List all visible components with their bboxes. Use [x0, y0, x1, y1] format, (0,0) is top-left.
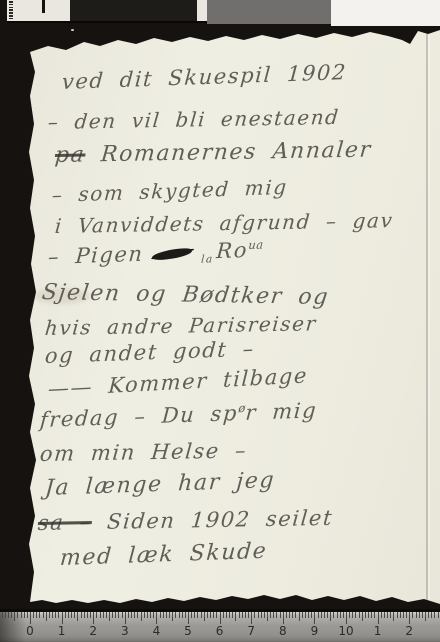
- ruler-tick: [33, 612, 34, 618]
- ruler-tick: [109, 612, 110, 621]
- handwritten-fragment: —— Kommer tilbage: [47, 363, 308, 401]
- handwritten-fragment: med læk Skude: [59, 539, 268, 571]
- ruler-number: 1: [58, 624, 66, 638]
- ruler-tick: [100, 612, 101, 618]
- struck-out-word: sa –: [37, 510, 93, 535]
- ruler-tick: [175, 612, 176, 618]
- ruler-tick: [17, 612, 18, 618]
- ruler-tick: [216, 612, 217, 618]
- ruler-tick: [387, 612, 388, 618]
- ruler-tick: [292, 612, 293, 618]
- ruler-tick: [166, 612, 167, 618]
- ruler-number: 0: [26, 624, 34, 638]
- ruler-tick: [365, 612, 366, 618]
- ruler-tick: [90, 612, 91, 618]
- ruler-tick: [58, 612, 59, 618]
- ruler-tick: [30, 612, 31, 624]
- ruler-tick: [24, 612, 25, 618]
- ruler-tick: [226, 612, 227, 618]
- ruler-tick: [431, 612, 432, 618]
- ruler-tick: [134, 612, 135, 618]
- ruler-tick: [11, 612, 12, 618]
- paper-fold-line: [426, 34, 428, 600]
- ruler-number: 9: [311, 624, 319, 638]
- mini-ruler-tick: [9, 4, 13, 6]
- ruler-tick: [204, 612, 205, 621]
- calibration-white-patch: [331, 0, 440, 26]
- mini-ruler-mark: [42, 0, 45, 13]
- ruler-tick: [153, 612, 154, 618]
- ruler-tick: [207, 612, 208, 618]
- calibration-gray-patch: [207, 0, 331, 24]
- handwritten-line: ved dit Skuespil 1902: [61, 60, 348, 94]
- handwritten-line: hvis andre Parisreiser: [44, 311, 318, 340]
- ruler-tick: [314, 612, 315, 624]
- ruler-tick: [182, 612, 183, 618]
- ruler-tick: [14, 612, 15, 621]
- ruler-tick: [374, 612, 375, 618]
- ruler-tick: [302, 612, 303, 618]
- ruler-tick: [393, 612, 394, 621]
- ruler-tick: [84, 612, 85, 618]
- ruler-tick: [81, 612, 82, 618]
- ruler-tick: [229, 612, 230, 618]
- ruler-tick: [337, 612, 338, 618]
- ruler-tick: [169, 612, 170, 618]
- ruler-tick: [324, 612, 325, 618]
- ruler-tick: [349, 612, 350, 618]
- ruler-tick: [141, 612, 142, 621]
- handwritten-fragment: – som skygted mig: [51, 175, 288, 207]
- ruler-tick: [384, 612, 385, 618]
- ruler-tick: [137, 612, 138, 618]
- handwritten-fragment: Siden 1902 seilet: [91, 506, 334, 534]
- ruler-tick: [210, 612, 211, 618]
- ruler-tick: [428, 612, 429, 618]
- ruler-tick: [434, 612, 435, 618]
- ruler-tick: [406, 612, 407, 618]
- ruler-number: 5: [184, 624, 192, 638]
- ruler-tick: [223, 612, 224, 618]
- handwritten-line: fredag – Du spør mig: [39, 398, 318, 432]
- ruler-tick: [125, 612, 126, 624]
- handwritten-line: om min Helse –: [39, 438, 248, 466]
- ruler-tick: [333, 612, 334, 618]
- ruler-tick: [62, 612, 63, 624]
- ruler-tick: [115, 612, 116, 618]
- ruler-tick: [160, 612, 161, 618]
- ruler-tick: [283, 612, 284, 624]
- ruler-tick: [299, 612, 300, 621]
- ruler-tick: [258, 612, 259, 618]
- ruler-tick: [371, 612, 372, 618]
- ruler-tick: [150, 612, 151, 618]
- ruler-tick: [346, 612, 347, 624]
- ruler-tick: [21, 612, 22, 618]
- ruler-tick: [368, 612, 369, 618]
- ruler-tick: [213, 612, 214, 618]
- handwritten-line: – den vil bli enestaend: [47, 105, 341, 134]
- handwritten-line: og andet godt –: [44, 337, 255, 368]
- ruler-tick: [422, 612, 423, 618]
- ruler-tick: [172, 612, 173, 621]
- mini-ruler-tick: [9, 9, 13, 11]
- ruler-tick: [112, 612, 113, 618]
- ruler-tick: [49, 612, 50, 618]
- handwritten-line: Sjelen og Bødtker og: [40, 280, 330, 310]
- handwritten-fragment: i Vanviddets afgrund – gav: [54, 208, 395, 238]
- mini-ruler-tick: [9, 18, 13, 20]
- ruler-tick: [276, 612, 277, 618]
- mini-ruler-tick: [9, 15, 13, 17]
- handwritten-line: – som skygted mig: [51, 175, 288, 207]
- ruler-tick: [295, 612, 296, 618]
- ruler-tick: [46, 612, 47, 621]
- handwritten-line: Ja længe har jeg: [44, 468, 276, 501]
- ruler-tick: [362, 612, 363, 621]
- ruler-tick: [96, 612, 97, 618]
- ruler-tick: [270, 612, 271, 618]
- ruler-tick: [248, 612, 249, 618]
- ruler-tick: [267, 612, 268, 621]
- ruler-tick: [330, 612, 331, 621]
- ruler-tick: [251, 612, 252, 624]
- ruler-tick: [239, 612, 240, 618]
- handwritten-line: pa Romanernes Annaler: [54, 137, 373, 168]
- ruler-tick: [191, 612, 192, 618]
- ruler-tick: [409, 612, 410, 624]
- ruler-tick: [71, 612, 72, 618]
- ruler-tick: [52, 612, 53, 618]
- mini-ruler-tick: [9, 7, 13, 9]
- ruler-tick: [286, 612, 287, 618]
- ruler-tick: [355, 612, 356, 618]
- scribbled-out-word: [151, 247, 191, 262]
- ruler-tick: [308, 612, 309, 618]
- ruler-tick: [93, 612, 94, 624]
- ruler-tick: [2, 612, 3, 618]
- ruler-number: 7: [247, 624, 255, 638]
- struck-out-word: pa: [54, 142, 87, 168]
- ruler-tick: [131, 612, 132, 618]
- ruler-tick: [419, 612, 420, 618]
- ruler-tick: [220, 612, 221, 624]
- ruler-tick: [289, 612, 290, 618]
- ruler-number: 6: [216, 624, 224, 638]
- handwritten-fragment: Ja længe har jeg: [44, 468, 276, 501]
- ruler-tick: [327, 612, 328, 618]
- ruler-tick: [273, 612, 274, 618]
- ruler-tick: [194, 612, 195, 618]
- ruler-tick: [5, 612, 6, 618]
- ruler-tick: [128, 612, 129, 618]
- ruler-tick: [400, 612, 401, 618]
- ruler-tick: [397, 612, 398, 618]
- ruler-tick: [188, 612, 189, 624]
- ruler-tick: [245, 612, 246, 618]
- handwritten-fragment: om min Helse –: [39, 438, 248, 466]
- handwritten-fragment: – Pigen: [47, 242, 144, 269]
- ruler-tick: [343, 612, 344, 618]
- ruler-number: 3: [121, 624, 129, 638]
- calibration-shadow: [7, 21, 207, 23]
- paper-fold-highlight: [428, 34, 430, 600]
- ruler-tick: [416, 612, 417, 618]
- small-inserted-word: la: [201, 253, 215, 265]
- handwritten-fragment: r mig: [245, 398, 318, 425]
- ruler-tick: [122, 612, 123, 618]
- handwritten-fragment: Ro: [216, 238, 249, 263]
- ruler-tick: [179, 612, 180, 618]
- ruler-tick: [264, 612, 265, 618]
- calibration-black-patch: [70, 0, 197, 22]
- ruler-tick: [425, 612, 426, 621]
- ruler-tick: [144, 612, 145, 618]
- handwritten-line: —— Kommer tilbage: [47, 363, 308, 401]
- ruler-tick: [232, 612, 233, 618]
- ruler-tick: [235, 612, 236, 621]
- handwritten-fragment: fredag – Du sp: [39, 401, 239, 432]
- ruler-tick: [43, 612, 44, 618]
- handwritten-line: – PigenlaRoua: [47, 237, 264, 271]
- ruler-tick: [103, 612, 104, 618]
- ruler-tick: [340, 612, 341, 618]
- paper: ved dit Skuespil 1902– den vil bli enest…: [0, 0, 440, 642]
- ruler-tick: [261, 612, 262, 618]
- ruler-tick: [438, 612, 439, 618]
- ruler-tick: [201, 612, 202, 618]
- handwritten-fragment: Romanernes Annaler: [84, 137, 372, 167]
- ruler-tick: [39, 612, 40, 618]
- handwritten-fragment: Sjelen og Bødtker og: [40, 280, 330, 310]
- ruler-tick: [36, 612, 37, 618]
- ruler-tick: [403, 612, 404, 618]
- superscript-correction: ua: [248, 237, 264, 252]
- ruler-tick: [412, 612, 413, 618]
- ruler-number: 1: [374, 624, 382, 638]
- ruler-tick: [74, 612, 75, 618]
- ruler-tick: [242, 612, 243, 618]
- ruler-tick: [106, 612, 107, 618]
- handwritten-fragment: og andet godt –: [44, 337, 255, 368]
- ruler-tick: [378, 612, 379, 624]
- handwritten-line: med læk Skude: [59, 539, 268, 571]
- ruler-tick: [305, 612, 306, 618]
- ruler-tick: [390, 612, 391, 618]
- handwritten-fragment: hvis andre Parisreiser: [44, 311, 318, 340]
- ruler-tick: [147, 612, 148, 618]
- ruler-tick: [27, 612, 28, 618]
- ruler-tick: [352, 612, 353, 618]
- handwritten-line: sa – Siden 1902 seilet: [37, 506, 334, 535]
- ruler-tick: [68, 612, 69, 618]
- ruler-tick: [254, 612, 255, 618]
- ruler-number: 2: [405, 624, 413, 638]
- ruler-tick: [359, 612, 360, 618]
- ruler-tick: [381, 612, 382, 618]
- handwritten-fragment: ved dit Skuespil 1902: [61, 60, 348, 94]
- ruler-tick: [321, 612, 322, 618]
- mini-ruler-tick: [9, 1, 13, 3]
- ruler-tick: [185, 612, 186, 618]
- ruler-number: 8: [279, 624, 287, 638]
- ruler-tick: [8, 612, 9, 618]
- ruler-tick: [118, 612, 119, 618]
- ruler-tick: [280, 612, 281, 618]
- ruler-tick: [163, 612, 164, 618]
- handwritten-fragment: – den vil bli enestaend: [47, 105, 341, 134]
- ruler-tick: [87, 612, 88, 618]
- mini-ruler-tick: [9, 12, 13, 14]
- ruler-number: 4: [153, 624, 161, 638]
- ruler-tick: [197, 612, 198, 618]
- ruler-tick: [65, 612, 66, 618]
- ruler-tick: [156, 612, 157, 624]
- handwritten-line: i Vanviddets afgrund – gav: [54, 208, 395, 238]
- ruler-number: 2: [89, 624, 97, 638]
- ruler-tick: [311, 612, 312, 618]
- ruler-tick: [77, 612, 78, 621]
- dust-speck: [71, 29, 74, 31]
- ruler-number: 10: [338, 624, 353, 638]
- ruler-tick: [55, 612, 56, 618]
- document-scan: ved dit Skuespil 1902– den vil bli enest…: [0, 0, 440, 642]
- ruler-tick: [318, 612, 319, 618]
